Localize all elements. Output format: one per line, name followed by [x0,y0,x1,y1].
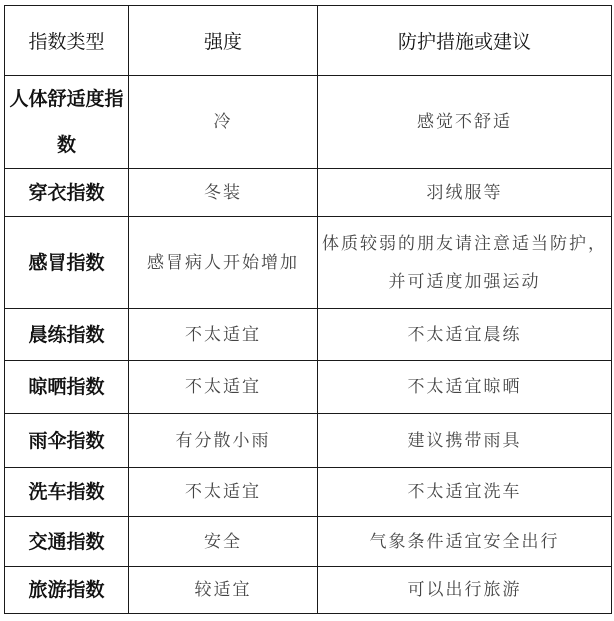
intensity-cell: 有分散小雨 [129,414,318,468]
index-type-cell: 穿衣指数 [5,169,129,217]
header-intensity: 强度 [129,6,318,76]
table-row: 交通指数 安全 气象条件适宜安全出行 [5,517,612,567]
header-advice: 防护措施或建议 [318,6,612,76]
intensity-cell: 感冒病人开始增加 [129,217,318,309]
advice-cell: 体质较弱的朋友请注意适当防护，并可适度加强运动 [318,217,612,309]
advice-cell: 建议携带雨具 [318,414,612,468]
advice-cell: 气象条件适宜安全出行 [318,517,612,567]
advice-cell: 不太适宜晾晒 [318,361,612,414]
header-row: 指数类型 强度 防护措施或建议 [5,6,612,76]
index-type-cell: 晨练指数 [5,309,129,361]
table-row: 晾晒指数 不太适宜 不太适宜晾晒 [5,361,612,414]
intensity-cell: 较适宜 [129,567,318,614]
advice-cell: 羽绒服等 [318,169,612,217]
index-type-cell: 雨伞指数 [5,414,129,468]
advice-cell: 可以出行旅游 [318,567,612,614]
table-row: 雨伞指数 有分散小雨 建议携带雨具 [5,414,612,468]
table-row: 晨练指数 不太适宜 不太适宜晨练 [5,309,612,361]
advice-cell: 感觉不舒适 [318,76,612,169]
index-type-cell: 洗车指数 [5,468,129,517]
index-type-cell: 晾晒指数 [5,361,129,414]
index-type-cell: 感冒指数 [5,217,129,309]
table-row: 感冒指数 感冒病人开始增加 体质较弱的朋友请注意适当防护，并可适度加强运动 [5,217,612,309]
intensity-cell: 不太适宜 [129,361,318,414]
intensity-cell: 冷 [129,76,318,169]
index-type-cell: 旅游指数 [5,567,129,614]
index-type-cell: 人体舒适度指数 [5,76,129,169]
intensity-cell: 冬装 [129,169,318,217]
header-index-type: 指数类型 [5,6,129,76]
intensity-cell: 安全 [129,517,318,567]
intensity-cell: 不太适宜 [129,309,318,361]
table-row: 人体舒适度指数 冷 感觉不舒适 [5,76,612,169]
table-row: 旅游指数 较适宜 可以出行旅游 [5,567,612,614]
weather-index-table: 指数类型 强度 防护措施或建议 人体舒适度指数 冷 感觉不舒适 穿衣指数 冬装 … [4,5,612,614]
index-type-cell: 交通指数 [5,517,129,567]
advice-cell: 不太适宜晨练 [318,309,612,361]
advice-cell: 不太适宜洗车 [318,468,612,517]
intensity-cell: 不太适宜 [129,468,318,517]
table-row: 洗车指数 不太适宜 不太适宜洗车 [5,468,612,517]
table-row: 穿衣指数 冬装 羽绒服等 [5,169,612,217]
